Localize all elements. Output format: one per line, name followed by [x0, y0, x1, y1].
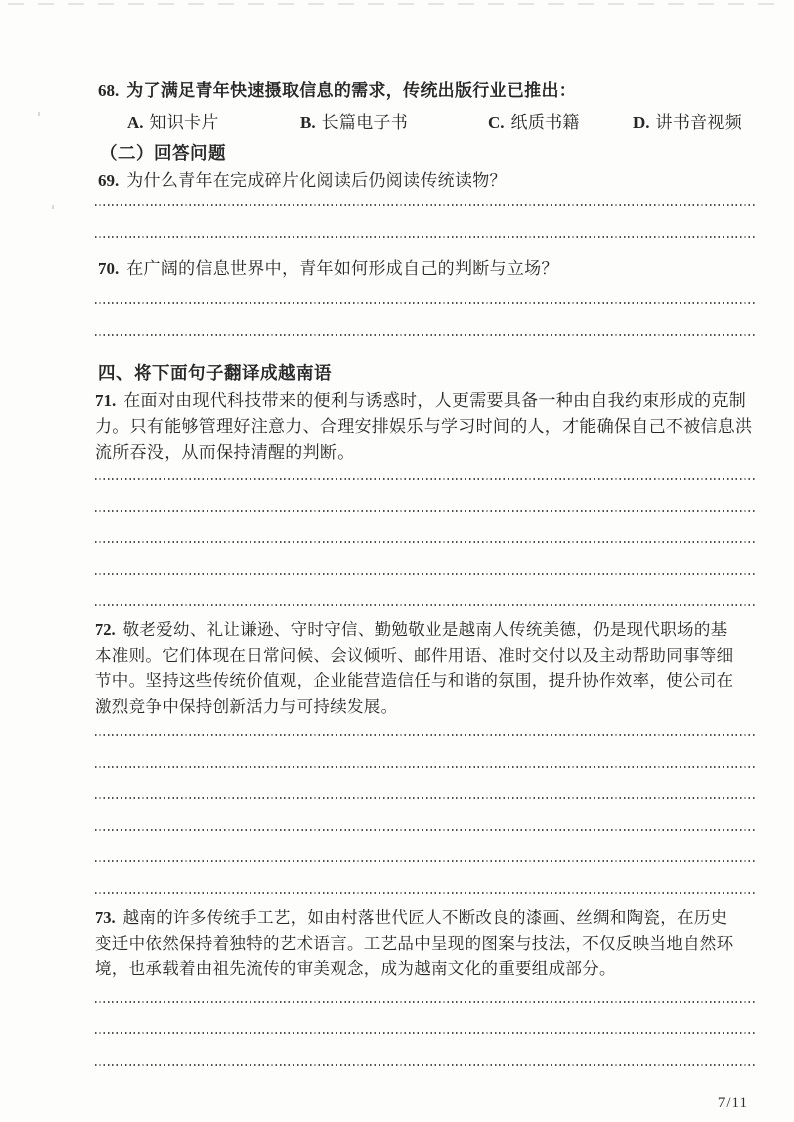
question-70: 70.在广阔的信息世界中，青年如何形成自己的判断与立场？	[98, 256, 559, 282]
question-71-number: 71.	[95, 391, 116, 410]
answer-line	[95, 766, 755, 768]
question-73: 73.越南的许多传统手工艺，如由村落世代匠人不断改良的漆画、丝绸和陶瓷，在历史 …	[95, 905, 775, 982]
question-73-text: 越南的许多传统手工艺，如由村落世代匠人不断改良的漆画、丝绸和陶瓷，在历史	[123, 908, 728, 927]
option-a: A.知识卡片	[127, 108, 219, 133]
question-73-line: 73.越南的许多传统手工艺，如由村落世代匠人不断改良的漆画、丝绸和陶瓷，在历史	[95, 905, 775, 931]
question-73-line: 境，也承载着由祖先流传的审美观念，成为越南文化的重要组成部分。	[95, 956, 775, 982]
question-68-stem: 68.为了满足青年快速摄取信息的需求，传统出版行业已推出：	[98, 78, 576, 104]
question-71-line: 流所吞没，从而保持清醒的判断。	[95, 440, 775, 466]
answer-line	[95, 734, 755, 736]
exam-page: 68.为了满足青年快速摄取信息的需求，传统出版行业已推出： A.知识卡片 B.长…	[0, 0, 794, 1122]
question-73-number: 73.	[95, 908, 116, 927]
scan-artifact	[8, 3, 786, 5]
answer-line	[95, 510, 755, 512]
scan-speck	[52, 205, 54, 209]
answer-line	[95, 829, 755, 831]
option-d-label: D.	[633, 113, 650, 132]
question-71-text: 在面对由现代科技带来的便利与诱惑时，人更需要具备一种由自我约束形成的克制	[123, 391, 746, 410]
section-4-heading: 四、将下面句子翻译成越南语	[98, 360, 332, 385]
question-72: 72.敬老爱幼、礼让谦逊、守时守信、勤勉敬业是越南人传统美德，仍是现代职场的基 …	[95, 617, 775, 719]
section-2-heading: （二）回答问题	[100, 140, 226, 165]
answer-line	[95, 892, 755, 894]
question-72-line: 72.敬老爱幼、礼让谦逊、守时守信、勤勉敬业是越南人传统美德，仍是现代职场的基	[95, 617, 775, 643]
option-a-label: A.	[127, 113, 144, 132]
option-a-text: 知识卡片	[150, 113, 219, 132]
question-72-text: 敬老爱幼、礼让谦逊、守时守信、勤勉敬业是越南人传统美德，仍是现代职场的基	[123, 620, 728, 639]
question-69: 69.为什么青年在完成碎片化阅读后仍阅读传统读物？	[98, 168, 507, 194]
answer-line	[95, 1032, 755, 1034]
question-70-number: 70.	[98, 259, 119, 278]
question-72-line: 节中。坚持这些传统价值观，企业能营造信任与和谐的氛围，提升协作效率，使公司在	[95, 668, 775, 694]
question-71-line: 力。只有能够管理好注意力、合理安排娱乐与学习时间的人，才能确保自己不被信息洪	[95, 414, 775, 440]
answer-line	[95, 334, 755, 336]
option-c-label: C.	[488, 113, 505, 132]
answer-line	[95, 604, 755, 606]
answer-line	[95, 1064, 755, 1066]
question-73-line: 变迁中依然保持着独特的艺术语言。工艺品中呈现的图案与技法，不仅反映当地自然环	[95, 931, 775, 957]
question-72-number: 72.	[95, 620, 116, 639]
answer-line	[95, 541, 755, 543]
question-68-number: 68.	[98, 81, 119, 100]
answer-line	[95, 236, 755, 238]
question-71: 71.在面对由现代科技带来的便利与诱惑时，人更需要具备一种由自我约束形成的克制 …	[95, 388, 775, 466]
option-d: D.讲书音视频	[633, 108, 742, 133]
question-69-number: 69.	[98, 171, 119, 190]
question-69-text: 为什么青年在完成碎片化阅读后仍阅读传统读物？	[126, 171, 507, 190]
option-c: C.纸质书籍	[488, 108, 580, 133]
option-b-text: 长篇电子书	[322, 113, 409, 132]
question-70-text: 在广阔的信息世界中，青年如何形成自己的判断与立场？	[126, 259, 559, 278]
page-number: 7/11	[718, 1095, 748, 1112]
answer-line	[95, 797, 755, 799]
question-68-options: A.知识卡片 B.长篇电子书 C.纸质书籍 D.讲书音视频	[0, 108, 794, 134]
answer-line	[95, 204, 755, 206]
answer-line	[95, 302, 755, 304]
answer-line	[95, 573, 755, 575]
answer-line	[95, 478, 755, 480]
question-68-text: 为了满足青年快速摄取信息的需求，传统出版行业已推出：	[126, 81, 576, 100]
option-b-label: B.	[300, 113, 316, 132]
question-72-line: 激烈竞争中保持创新活力与可持续发展。	[95, 694, 775, 720]
question-71-line: 71.在面对由现代科技带来的便利与诱惑时，人更需要具备一种由自我约束形成的克制	[95, 388, 775, 414]
answer-line	[95, 1001, 755, 1003]
option-b: B.长篇电子书	[300, 108, 408, 133]
answer-line	[95, 860, 755, 862]
question-72-line: 本准则。它们体现在日常问候、会议倾听、邮件用语、准时交付以及主动帮助同事等细	[95, 643, 775, 669]
option-c-text: 纸质书籍	[511, 113, 580, 132]
option-d-text: 讲书音视频	[656, 113, 743, 132]
